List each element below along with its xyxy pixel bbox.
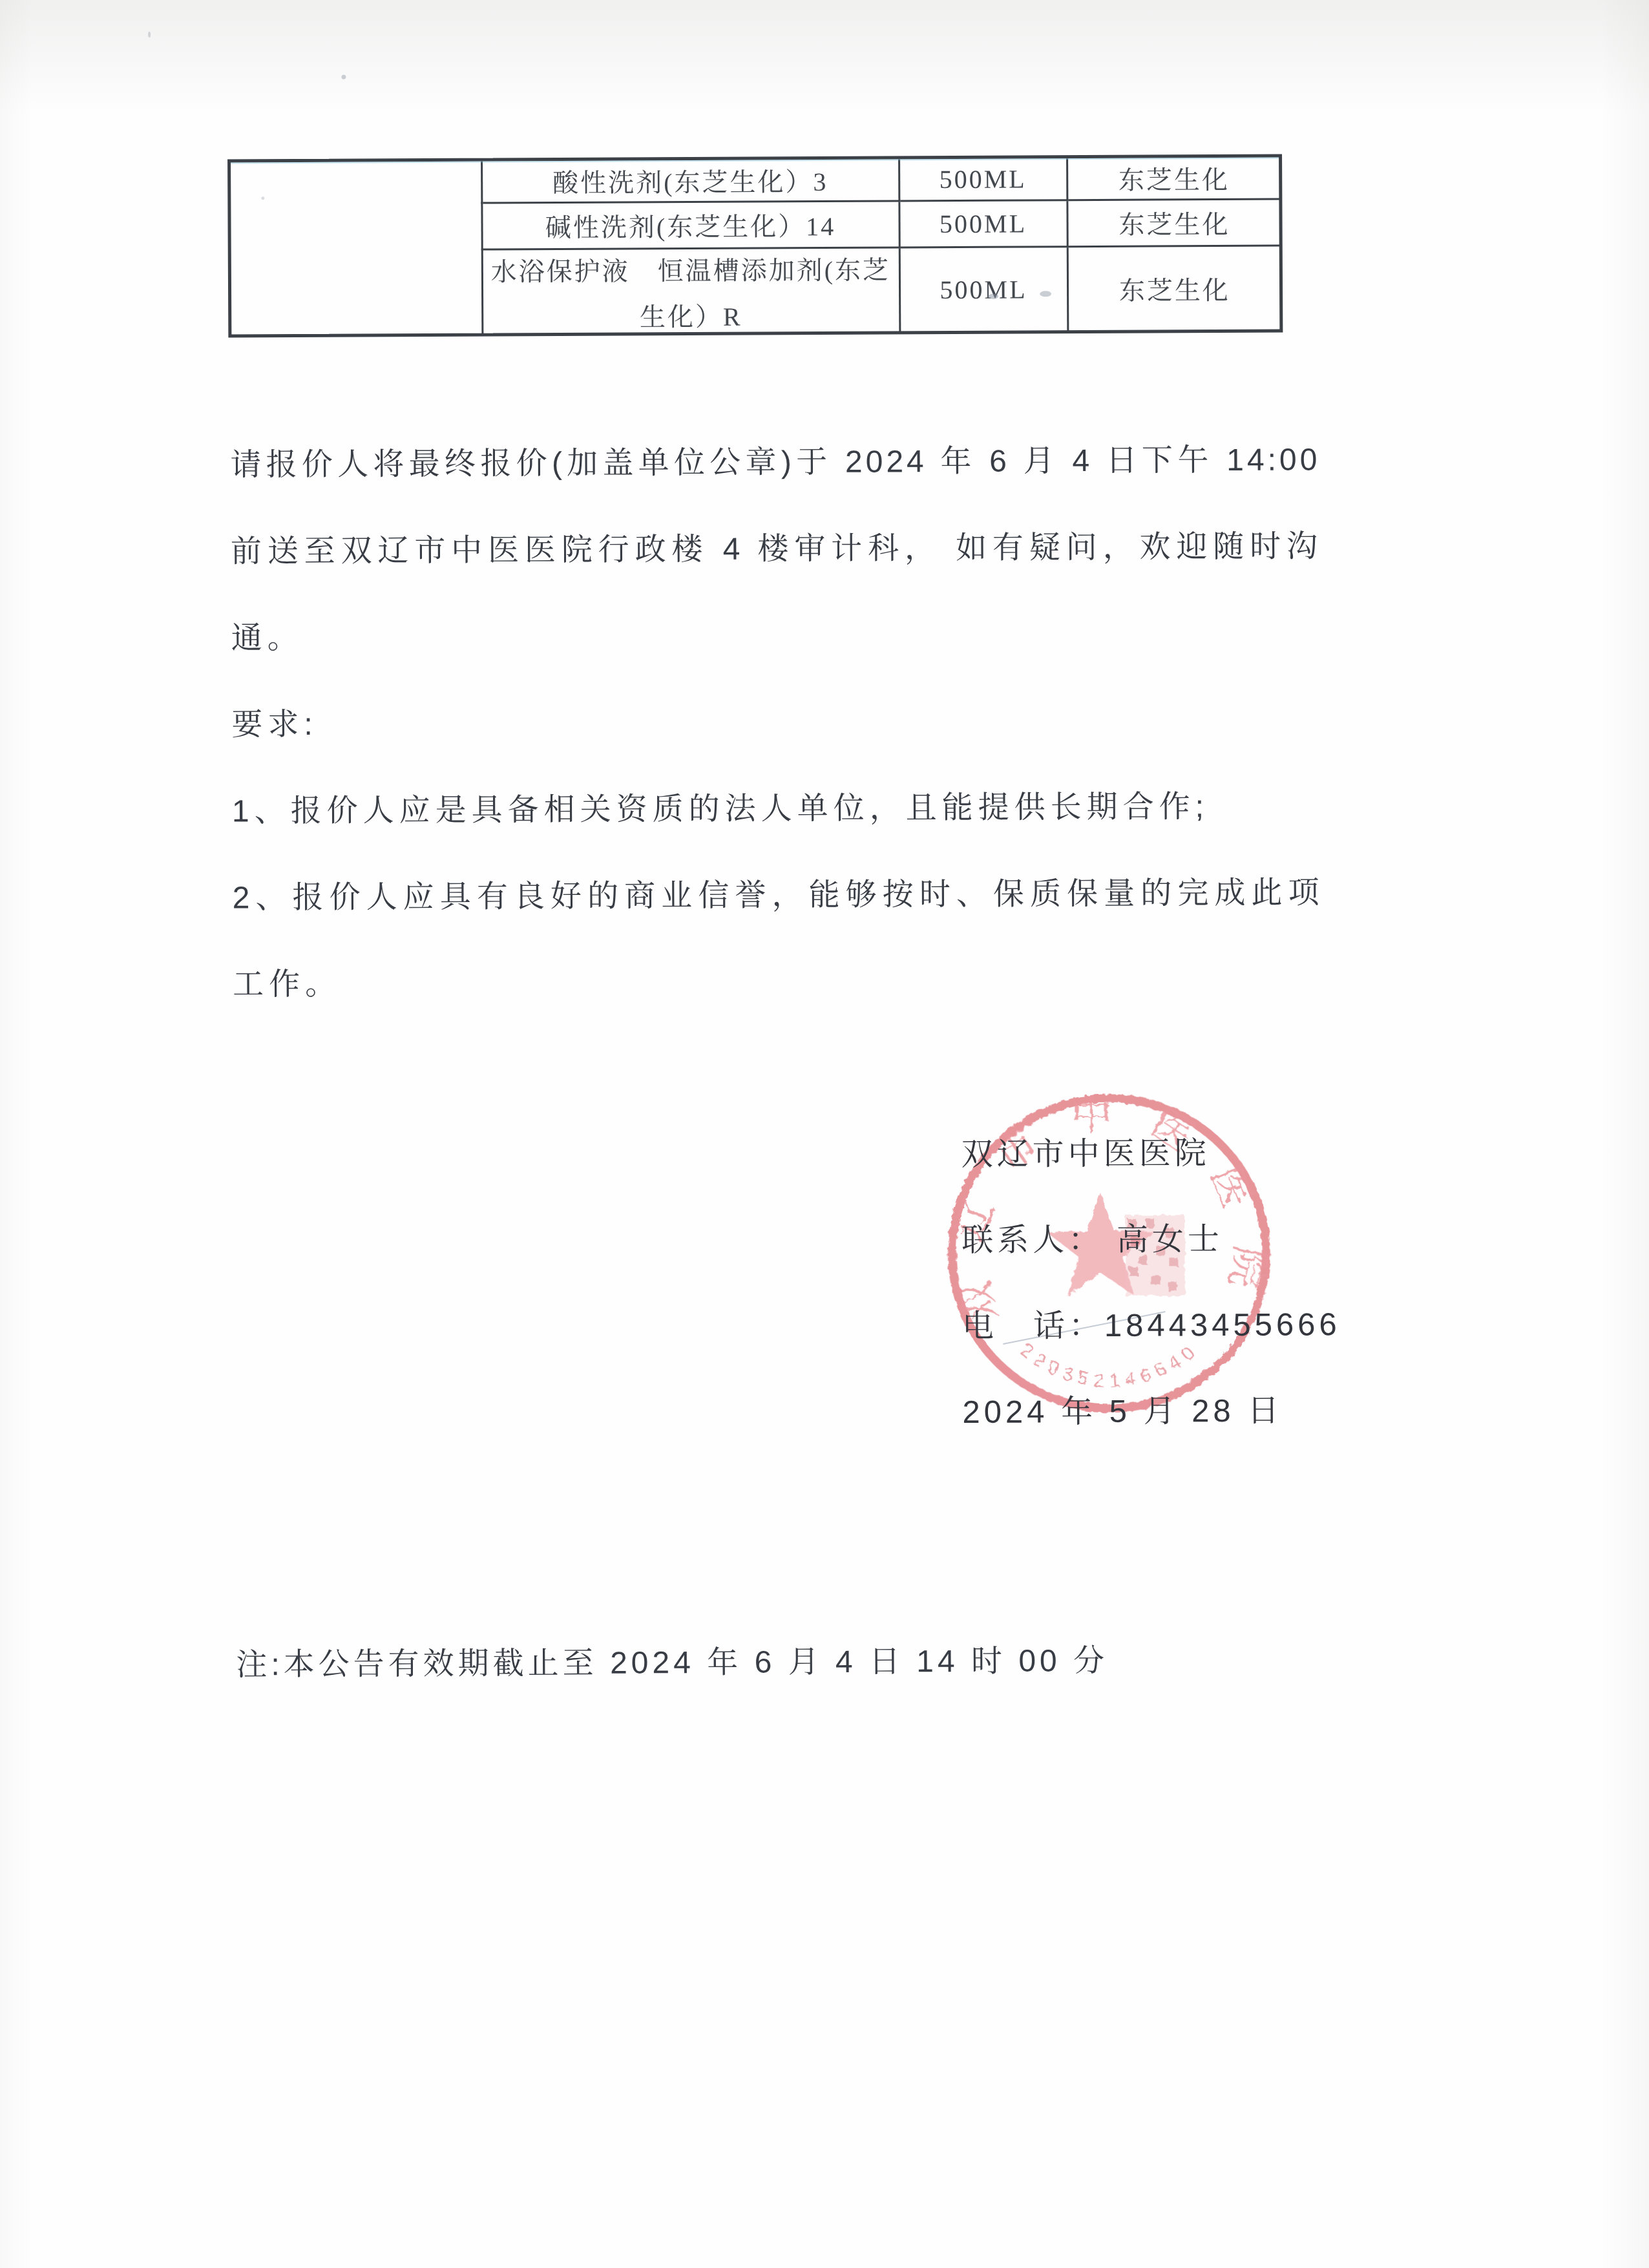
scan-content: 酸性洗剂(东芝生化）3 500ML 东芝生化 碱性洗剂(东芝生化）14 500M… [0, 0, 1649, 2268]
body-line: 前送至双辽市中医医院行政楼 4 楼审计科， 如有疑问，欢迎随时沟 [231, 503, 1321, 595]
validity-note: 注:本公告有效期截止至 2024 年 6 月 4 日 14 时 00 分 [236, 1618, 1108, 1709]
product-table-grid: 酸性洗剂(东芝生化）3 500ML 东芝生化 碱性洗剂(东芝生化）14 500M… [231, 158, 1281, 337]
requirement-item-2: 2、报价人应具有良好的商业信誉，能够按时、保质保量的完成此项 [232, 850, 1323, 941]
spec-cell: 500ML [899, 158, 1067, 200]
requirement-item-2-cont: 工作。 [233, 936, 1323, 1028]
product-name-cell: 碱性洗剂(东芝生化）14 [481, 200, 899, 249]
product-name-cell: 酸性洗剂(东芝生化）3 [481, 159, 899, 202]
brand-cell: 东芝生化 [1067, 199, 1280, 247]
product-table: 酸性洗剂(东芝生化）3 500ML 东芝生化 碱性洗剂(东芝生化）14 500M… [227, 154, 1283, 338]
scanned-document-page: 酸性洗剂(东芝生化）3 500ML 东芝生化 碱性洗剂(东芝生化）14 500M… [0, 0, 1649, 2268]
contact-person: 联系人： 高女士 [961, 1196, 1340, 1284]
brand-cell: 东芝生化 [1067, 246, 1281, 332]
table-row: 酸性洗剂(东芝生化）3 500ML 东芝生化 [231, 158, 1280, 204]
contact-phone: 电 话：18443455666 [962, 1282, 1341, 1370]
spec-cell: 500ML [899, 200, 1067, 247]
dust-speck [341, 75, 346, 79]
body-line: 通。 [231, 590, 1321, 682]
product-name-line1: 水浴保护液 恒温槽添加剂(东芝 [483, 249, 898, 288]
brand-cell: 东芝生化 [1067, 158, 1280, 200]
product-name-line2: 生化）R [483, 295, 899, 334]
organization-name: 双辽市中医医院 [961, 1110, 1339, 1198]
dust-speck [148, 32, 151, 37]
body-text-block: 请报价人将最终报价(加盖单位公章)于 2024 年 6 月 4 日下午 14:0… [230, 417, 1323, 1028]
requirement-item-1: 1、报价人应是具备相关资质的法人单位，且能提供长期合作; [232, 763, 1323, 855]
merged-empty-cell [231, 162, 482, 336]
body-line: 请报价人将最终报价(加盖单位公章)于 2024 年 6 月 4 日下午 14:0… [230, 417, 1321, 509]
product-name-cell: 水浴保护液 恒温槽添加剂(东芝 生化）R [482, 247, 900, 334]
spec-cell: 500ML [899, 246, 1068, 332]
signature-block: 双辽市中医医院 联系人： 高女士 电 话：18443455666 2024 年 … [961, 1110, 1341, 1456]
requirements-heading: 要求: [231, 677, 1322, 768]
signature-date: 2024 年 5 月 28 日 [962, 1368, 1341, 1456]
